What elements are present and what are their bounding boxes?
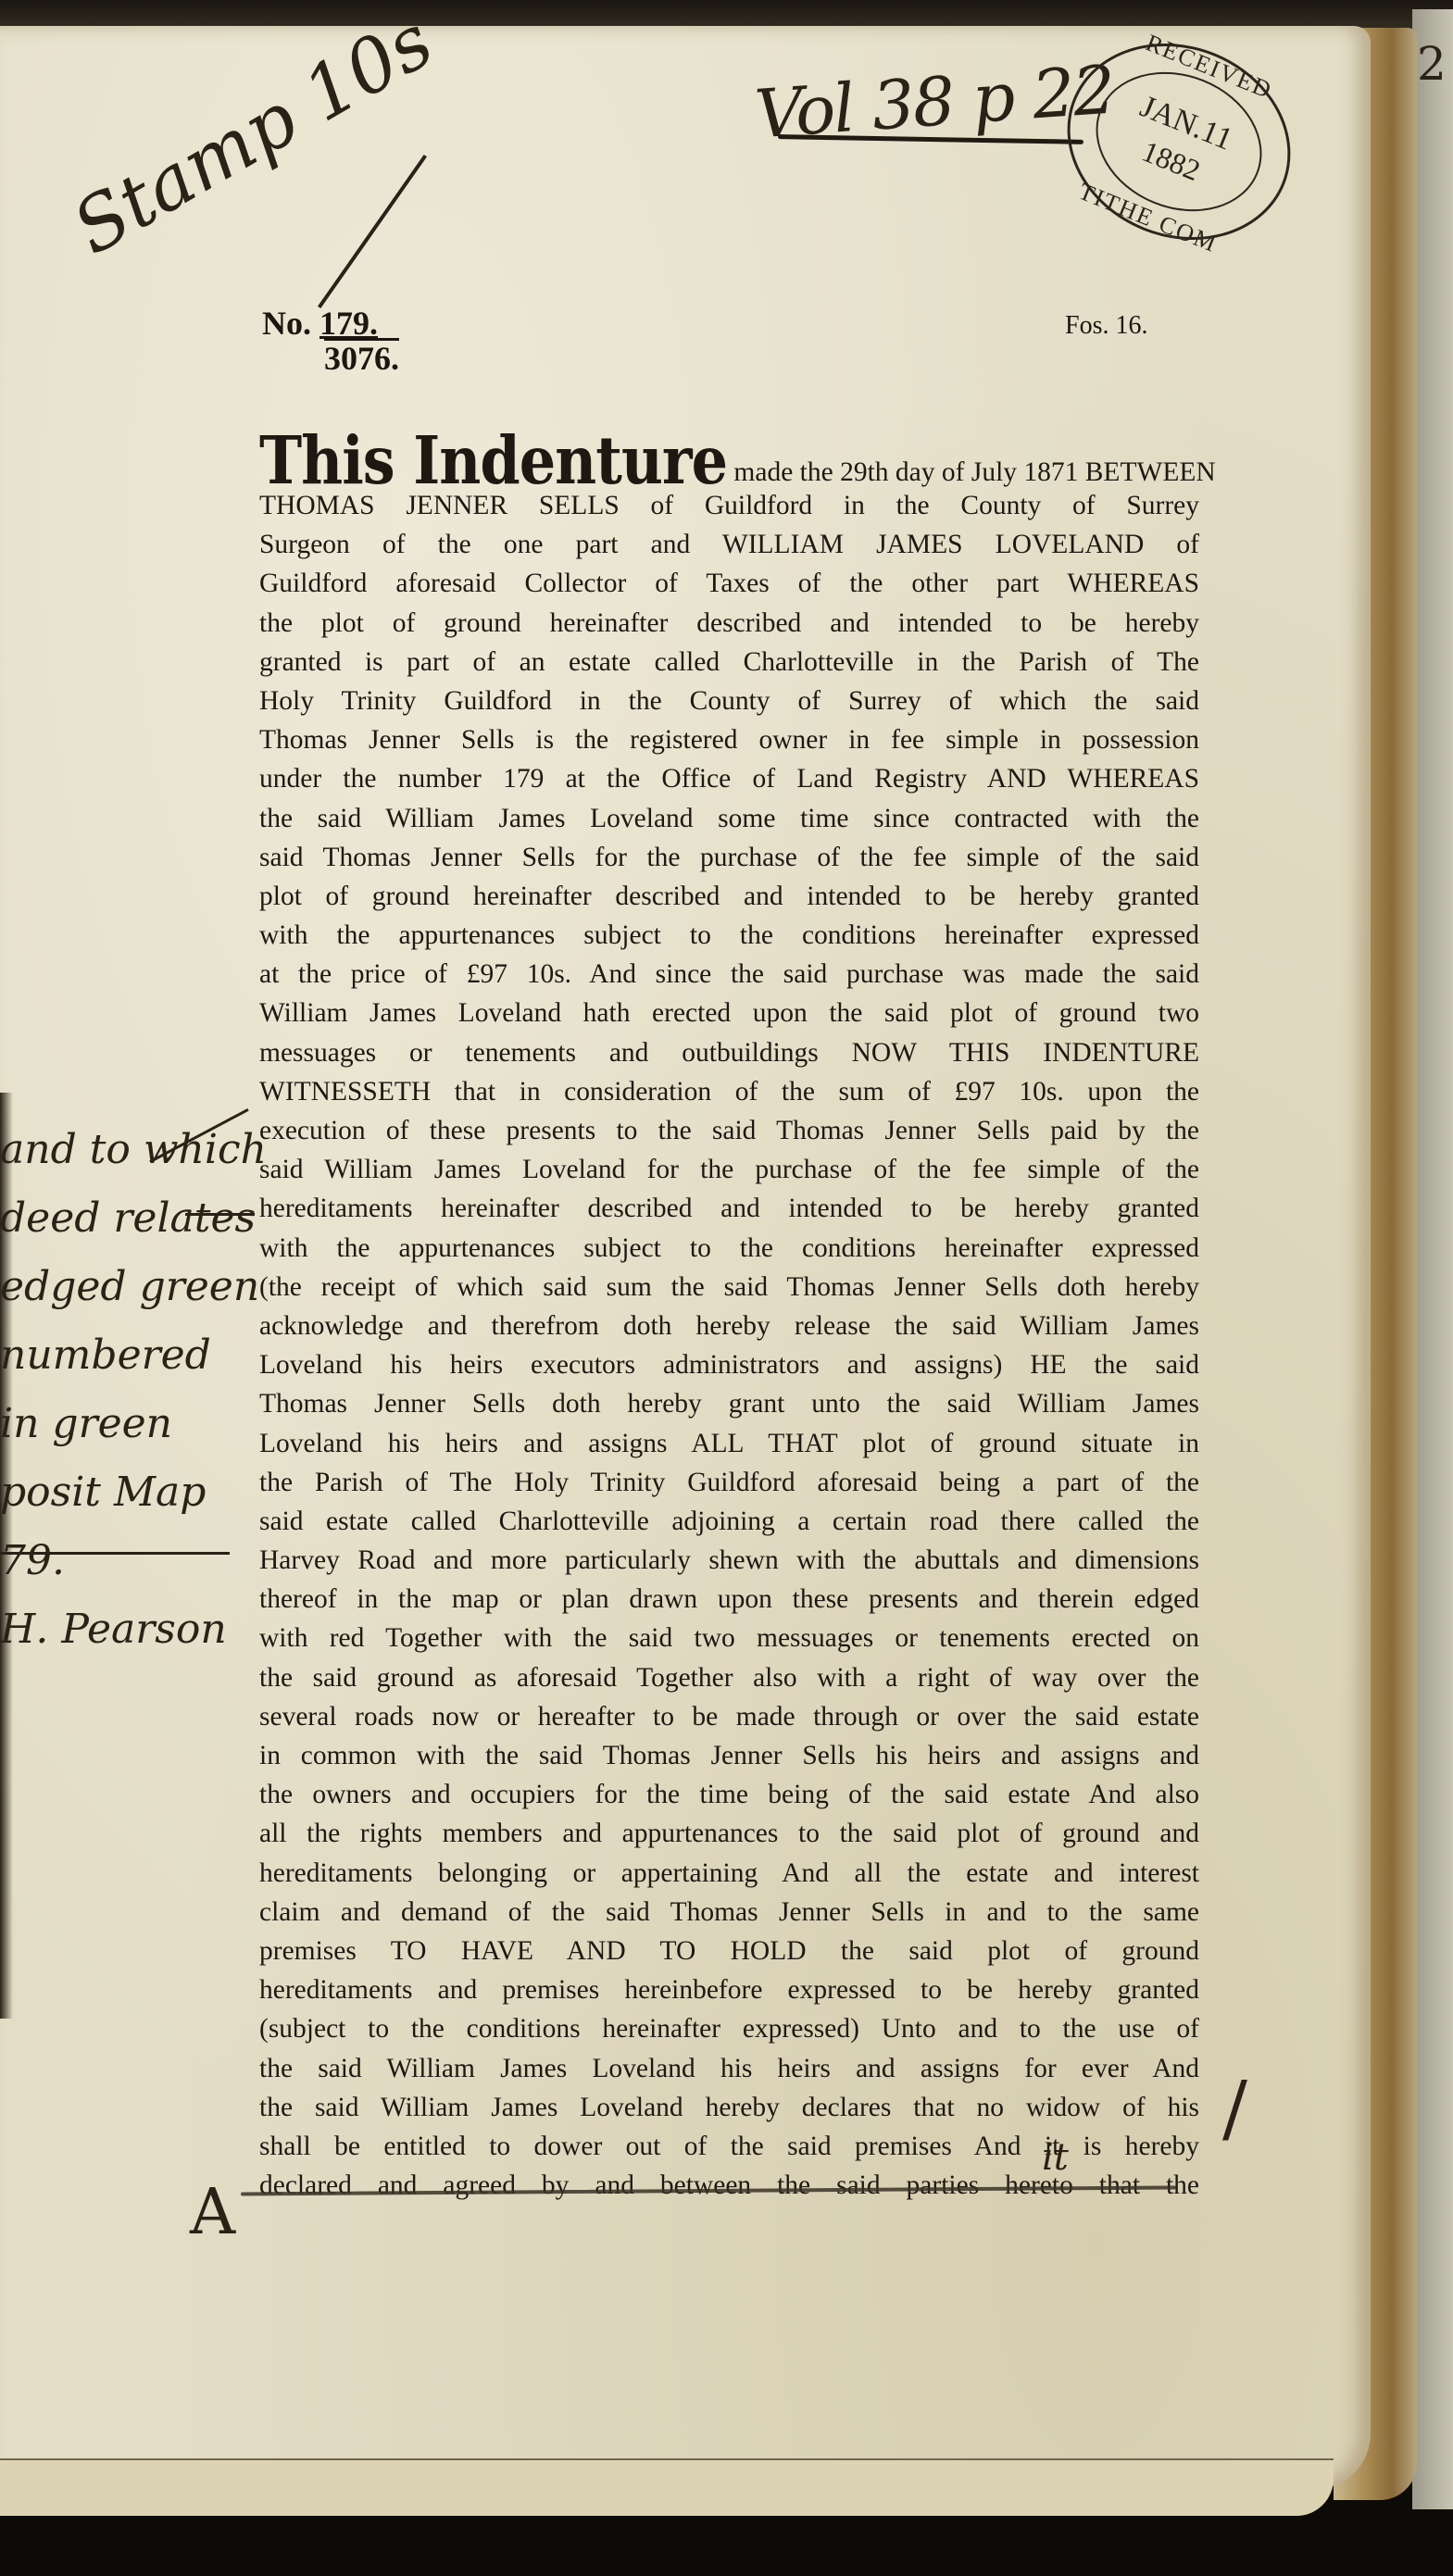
body-line: at the price of £97 10s. And since the s… (259, 955, 1199, 994)
body-line: Harvey Road and more particularly shewn … (259, 1541, 1199, 1580)
body-line: Holy Trinity Guildford in the County of … (259, 682, 1199, 720)
body-line: hereditaments hereinafter described and … (259, 1189, 1199, 1228)
body-line: hereditaments and premises hereinbefore … (259, 1970, 1199, 2009)
body-line: thereof in the map or plan drawn upon th… (259, 1580, 1199, 1619)
body-line: said William James Loveland for the purc… (259, 1150, 1199, 1189)
document-sub-number: 3076. (324, 338, 399, 376)
body-line: the said William James Loveland some tim… (259, 799, 1199, 838)
body-line: said estate called Charlotteville adjoin… (259, 1502, 1199, 1541)
page-number-handwritten: 2 (1417, 37, 1447, 91)
body-line: under the number 179 at the Office of La… (259, 759, 1199, 798)
body-line: the Parish of The Holy Trinity Guildford… (259, 1463, 1199, 1502)
document-number-label: No. (262, 305, 311, 342)
body-line: with the appurtenances subject to the co… (259, 916, 1199, 955)
body-line: granted is part of an estate called Char… (259, 643, 1199, 682)
body-line: all the rights members and appurtenances… (259, 1814, 1199, 1853)
body-line: (subject to the conditions hereinafter e… (259, 2009, 1199, 2048)
body-line: premises TO HAVE AND TO HOLD the said pl… (259, 1932, 1199, 1970)
body-line: Loveland his heirs executors administrat… (259, 1345, 1199, 1384)
body-line: with red Together with the said two mess… (259, 1619, 1199, 1657)
margin-mark-a: A (190, 2176, 235, 2249)
body-line: messuages or tenements and outbuildings … (259, 1033, 1199, 1072)
body-line: Surgeon of the one part and WILLIAM JAME… (259, 525, 1199, 564)
body-line: said Thomas Jenner Sells for the purchas… (259, 838, 1199, 877)
margin-note-leader (185, 1213, 255, 1216)
body-line: Thomas Jenner Sells is the registered ow… (259, 720, 1199, 759)
body-line: Loveland his heirs and assigns ALL THAT … (259, 1424, 1199, 1463)
body-line: claim and demand of the said Thomas Jenn… (259, 1893, 1199, 1932)
body-line: WITNESSETH that in consideration of the … (259, 1072, 1199, 1111)
document-number: No. 179. (262, 304, 378, 343)
indenture-body: This Indenture made the 29th day of July… (259, 421, 1199, 2205)
body-line: acknowledge and therefrom doth hereby re… (259, 1307, 1199, 1345)
body-line: the owners and occupiers for the time be… (259, 1775, 1199, 1814)
body-line: plot of ground hereinafter described and… (259, 877, 1199, 916)
body-line: the said William James Loveland hereby d… (259, 2088, 1199, 2127)
body-line: execution of these presents to the said … (259, 1111, 1199, 1150)
right-margin-mark: / (1222, 2065, 1247, 2151)
body-line: the said William James Loveland his heir… (259, 2049, 1199, 2088)
body-line: William James Loveland hath erected upon… (259, 994, 1199, 1032)
folio-count: Fos. 16. (1065, 311, 1147, 341)
body-line: in common with the said Thomas Jenner Se… (259, 1736, 1199, 1775)
body-line: hereditaments belonging or appertaining … (259, 1854, 1199, 1893)
body-line: Thomas Jenner Sells doth hereby grant un… (259, 1384, 1199, 1423)
document-number-value: 179. (319, 305, 378, 342)
next-page-edge (1412, 9, 1453, 2509)
body-line: several roads now or hereafter to be mad… (259, 1697, 1199, 1736)
body-line: This Indenture made the 29th day of July… (259, 421, 1199, 486)
body-line: with the appurtenances subject to the co… (259, 1229, 1199, 1268)
margin-note-rule (0, 1552, 230, 1555)
body-line: the said ground as aforesaid Together al… (259, 1658, 1199, 1697)
page-fold-bottom (0, 2458, 1334, 2516)
body-line: Guildford aforesaid Collector of Taxes o… (259, 564, 1199, 603)
indenture-heading: This Indenture (259, 416, 727, 507)
margin-note-handwritten: and to which deed relates edged green nu… (0, 1116, 267, 1664)
body-line: the plot of ground hereinafter described… (259, 604, 1199, 643)
insertion-mark-handwritten: it (1042, 2136, 1069, 2179)
body-line: (the receipt of which said sum the said … (259, 1268, 1199, 1307)
